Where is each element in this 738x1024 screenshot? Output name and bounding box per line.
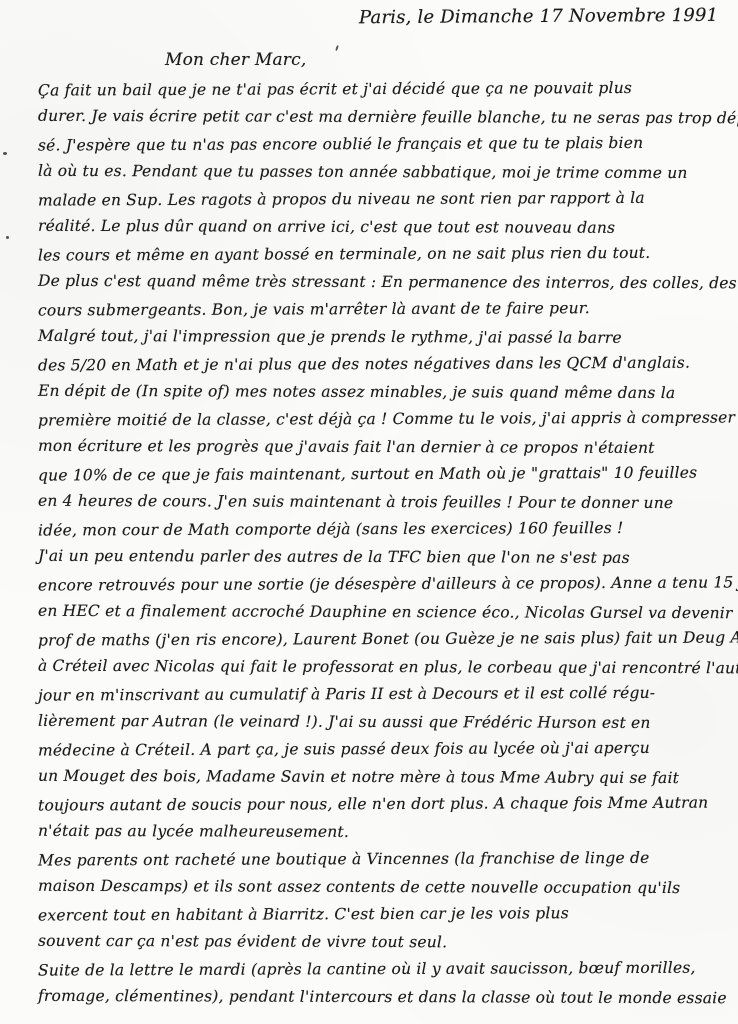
letter-line: cours submergeants. Bon, je vais m'arrêt… — [38, 294, 728, 325]
letter-line: en 4 heures de cours. J'en suis maintena… — [38, 487, 728, 517]
letter-line: en HEC et a finalement accroché Dauphine… — [38, 597, 728, 627]
letter-line: maison Descamps) et ils sont assez conte… — [38, 872, 728, 902]
letter-dateline: Paris, le Dimanche 17 Novembre 1991 — [359, 5, 718, 29]
letter-page: Paris, le Dimanche 17 Novembre 1991 Mon … — [0, 0, 738, 1024]
letter-line: première moitié de la classe, c'est déjà… — [38, 404, 728, 435]
letter-line: J'ai un peu entendu parler des autres de… — [38, 542, 728, 572]
letter-line: réalité. Le plus dûr quand on arrive ici… — [38, 212, 728, 242]
letter-line: toujours autant de soucis pour nous, ell… — [38, 789, 728, 820]
letter-line: De plus c'est quand même très stressant … — [38, 267, 728, 297]
letter-line: mon écriture et les progrès que j'avais … — [38, 432, 728, 462]
letter-line: jour en m'inscrivant au cumulatif à Pari… — [38, 679, 728, 710]
letter-line: encore retrouvés pour une sortie (je dés… — [38, 569, 728, 600]
letter-line: En dépit de (In spite of) mes notes asse… — [38, 377, 728, 407]
letter-line: prof de maths (j'en ris encore), Laurent… — [38, 624, 728, 655]
letter-line: durer. Je vais écrire petit car c'est ma… — [38, 102, 728, 132]
letter-line: exercent tout en habitant à Biarritz. C'… — [38, 899, 728, 930]
letter-line: Mes parents ont racheté une boutique à V… — [38, 844, 728, 875]
letter-line: souvent car ça n'est pas évident de vivr… — [38, 927, 728, 957]
letter-line: là où tu es. Pendant que tu passes ton a… — [38, 157, 728, 187]
letter-line: des 5/20 en Math et je n'ai plus que des… — [38, 349, 728, 380]
scan-speck — [3, 152, 7, 155]
scan-speck — [335, 45, 339, 51]
letter-line: les cours et même en ayant bossé en term… — [38, 239, 728, 270]
letter-line: à Créteil avec Nicolas qui fait le profe… — [38, 652, 728, 682]
scan-speck — [6, 236, 9, 239]
letter-salutation: Mon cher Marc, — [165, 50, 306, 70]
letter-line: n'était pas au lycée malheureusement. — [38, 817, 728, 847]
letter-line: Suite de la lettre le mardi (après la ca… — [38, 954, 728, 985]
letter-line: lièrement par Autran (le veinard !). J'a… — [38, 707, 728, 737]
letter-line: idée, mon cour de Math comporte déjà (sa… — [38, 514, 728, 545]
letter-line: que 10% de ce que je fais maintenant, su… — [38, 459, 728, 490]
letter-line: Ça fait un bail que je ne t'ai pas écrit… — [38, 74, 728, 105]
letter-line: sé. J'espère que tu n'as pas encore oubl… — [38, 129, 728, 160]
letter-line: Malgré tout, j'ai l'impression que je pr… — [38, 322, 728, 352]
letter-line: fromage, clémentines), pendant l'interco… — [38, 982, 728, 1012]
letter-body: Ça fait un bail que je ne t'ai pas écrit… — [38, 76, 728, 1011]
letter-line: médecine à Créteil. A part ça, je suis p… — [38, 734, 728, 765]
letter-line: malade en Sup. Les ragots à propos du ni… — [38, 184, 728, 215]
letter-line: un Mouget des bois, Madame Savin et notr… — [38, 762, 728, 792]
